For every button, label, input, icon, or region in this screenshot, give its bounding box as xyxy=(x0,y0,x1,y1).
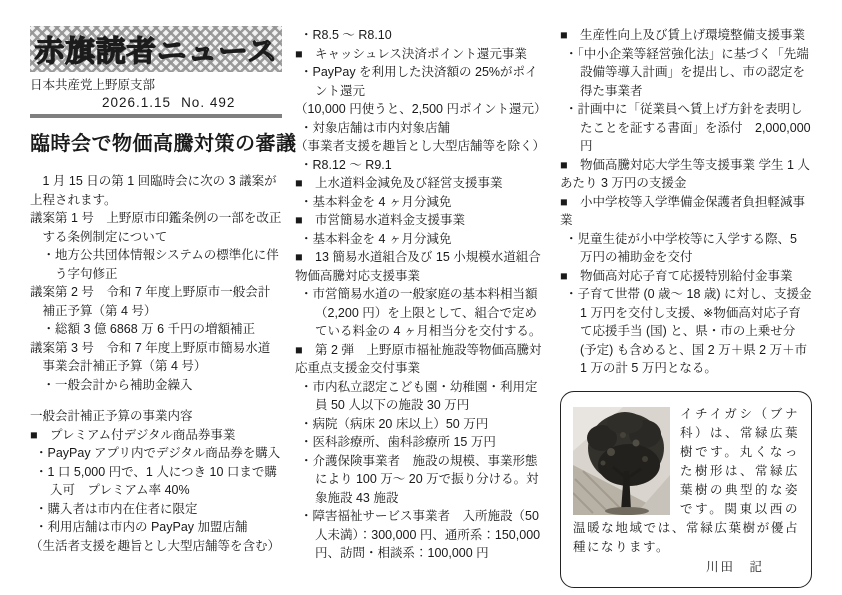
nature-column-box: イチイガシ（ブナ科）は、常緑広葉樹です。丸くなった樹形は、常緑広葉樹の典型的な姿… xyxy=(560,391,812,588)
paragraph: ■ 上水道料金減免及び経営支援事業 xyxy=(295,174,547,193)
dateline: 2026.1.15No. 492 xyxy=(30,94,282,111)
paragraph: ・PayPay アプリ内でデジタル商品券を購入 xyxy=(30,444,282,463)
column-1-body: 1 月 15 日の第 1 回臨時会に次の 3 議案が上程されます。議案第 1 号… xyxy=(30,172,282,555)
headline: 臨時会で物価高騰対策の審議 xyxy=(30,131,282,157)
newsletter-page: 赤旗読者ニュース 日本共産党上野原支部 2026.1.15No. 492 臨時会… xyxy=(0,0,842,595)
paragraph: ■ 生産性向上及び賃上げ環境整備支援事業 xyxy=(560,26,812,45)
paragraph: ・計画中に「従業員へ賃上げ方針を表明したことを証する書面」を添付 2,000,0… xyxy=(560,100,812,156)
paragraph: ・介護保険事業者 施設の規模、事業形態により 100 万～ 20 万で振り分ける… xyxy=(295,452,547,508)
paragraph: 議案第 1 号 上野原市印鑑条例の一部を改正する条例制定について xyxy=(30,209,282,246)
paragraph: 一般会計補正予算の事業内容 xyxy=(30,407,282,426)
paragraph: （生活者支援を趣旨とし大型店舗等を含む） xyxy=(30,537,282,556)
paragraph: ・地方公共団体情報システムの標準化に伴う字句修正 xyxy=(30,246,282,283)
paragraph: ・対象店舗は市内対象店舗 xyxy=(295,119,547,138)
paragraph: ・市営簡易水道の一般家庭の基本料相当額（2,200 円）を上限として、組合で定め… xyxy=(295,285,547,341)
paragraph: ■ 市営簡易水道料金支援事業 xyxy=(295,211,547,230)
paragraph: ・R8.5 ～ R8.10 xyxy=(295,26,547,45)
paragraph: ・市内私立認定こども園・幼稚園・利用定員 50 人以下の施設 30 万円 xyxy=(295,378,547,415)
paragraph: ・1 口 5,000 円で、1 人につき 10 口まで購入可 プレミアム率 40… xyxy=(30,463,282,500)
paragraph: ■ 物価高対応子育て応援特別給付金事業 xyxy=(560,267,812,286)
paragraph: ・PayPay を利用した決済額の 25%がポイント還元 xyxy=(295,63,547,100)
paragraph: ・購入者は市内在住者に限定 xyxy=(30,500,282,519)
column-2: ・R8.5 ～ R8.10■ キャッシュレス決済ポイント還元事業・PayPay … xyxy=(295,26,547,588)
paragraph: ・総額 3 億 6868 万 6 千円の増額補正 xyxy=(30,320,282,339)
paragraph: 議案第 3 号 令和 7 年度上野原市簡易水道事業会計補正予算（第 4 号） xyxy=(30,339,282,376)
publisher-name: 日本共産党上野原支部 xyxy=(30,77,282,94)
paragraph: ・障害福祉サービス事業者 入所施設（50 人未満）：300,000 円、通所系：… xyxy=(295,507,547,563)
paragraph: （事業者支援を趣旨とし大型店舗等を除く） xyxy=(295,137,547,156)
paragraph: ・基本料金を 4 ヶ月分減免 xyxy=(295,193,547,212)
column-2-body: ・R8.5 ～ R8.10■ キャッシュレス決済ポイント還元事業・PayPay … xyxy=(295,26,547,563)
paragraph: ■ キャッシュレス決済ポイント還元事業 xyxy=(295,45,547,64)
tree-photo xyxy=(573,407,670,515)
paragraph: ・児童生徒が小中学校等に入学する際、5 万円の補助金を交付 xyxy=(560,230,812,267)
newsletter-title: 赤旗読者ニュース xyxy=(34,29,277,70)
author-signature: 川田 記 xyxy=(573,558,799,577)
paragraph: 議案第 2 号 令和 7 年度上野原市一般会計補正予算（第 4 号） xyxy=(30,283,282,320)
masthead-banner: 赤旗読者ニュース xyxy=(30,26,282,72)
three-column-layout: 赤旗読者ニュース 日本共産党上野原支部 2026.1.15No. 492 臨時会… xyxy=(30,26,818,588)
paragraph: ・一般会計から補助金繰入 xyxy=(30,376,282,395)
divider-rule xyxy=(30,114,282,118)
nature-column-body: イチイガシ（ブナ科）は、常緑広葉樹です。丸くなった樹形は、常緑広葉樹の典型的な姿… xyxy=(573,405,799,577)
paragraph: ・病院（病床 20 床以上）50 万円 xyxy=(295,415,547,434)
paragraph: ・子育て世帯 (0 歳～ 18 歳) に対し、支援金 1 万円を交付し支援、※物… xyxy=(560,285,812,378)
paragraph: ・R8.12 ～ R9.1 xyxy=(295,156,547,175)
issue-date: 2026.1.15 xyxy=(102,95,171,110)
column-3-body: ■ 生産性向上及び賃上げ環境整備支援事業・「中小企業等経営強化法」に基づく「先端… xyxy=(560,26,812,378)
column-3: ■ 生産性向上及び賃上げ環境整備支援事業・「中小企業等経営強化法」に基づく「先端… xyxy=(560,26,812,588)
paragraph: ■ 第 2 弾 上野原市福祉施設等物価高騰対応重点支援金交付事業 xyxy=(295,341,547,378)
paragraph: ■ 物価高騰対応大学生等支援事業 学生 1 人あたり 3 万円の支援金 xyxy=(560,156,812,193)
paragraph: ■ 小中学校等入学準備金保護者負担軽減事業 xyxy=(560,193,812,230)
paragraph: ■ 13 簡易水道組合及び 15 小規模水道組合物価高騰対応支援事業 xyxy=(295,248,547,285)
paragraph: ・「中小企業等経営強化法」に基づく「先端設備等導入計画」を提出し、市の認定を得た… xyxy=(560,45,812,101)
paragraph: 1 月 15 日の第 1 回臨時会に次の 3 議案が上程されます。 xyxy=(30,172,282,209)
paragraph: ・基本料金を 4 ヶ月分減免 xyxy=(295,230,547,249)
paragraph: ・利用店舗は市内の PayPay 加盟店舗 xyxy=(30,518,282,537)
issue-number: No. 492 xyxy=(181,95,235,110)
paragraph: （10,000 円使うと、2,500 円ポイント還元） xyxy=(295,100,547,119)
column-1: 赤旗読者ニュース 日本共産党上野原支部 2026.1.15No. 492 臨時会… xyxy=(30,26,282,588)
paragraph: ・医科診療所、歯科診療所 15 万円 xyxy=(295,433,547,452)
paragraph: ■ プレミアム付デジタル商品券事業 xyxy=(30,426,282,445)
